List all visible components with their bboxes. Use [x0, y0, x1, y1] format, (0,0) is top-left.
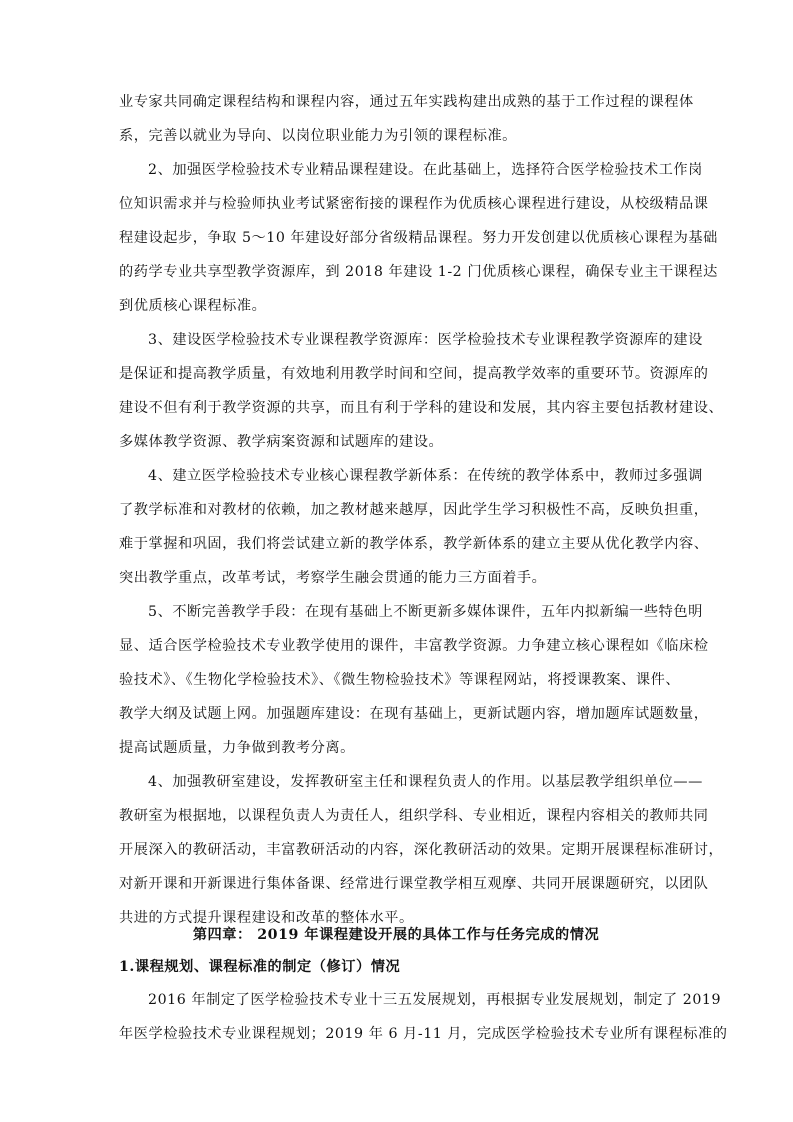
paragraph-line: 4、加强教研室建设，发挥教研室主任和课程负责人的作用。以基层教学组织单位——	[148, 772, 673, 792]
paragraph-line: 教学大纲及试题上网。加强题库建设：在现有基础上，更新试题内容，增加题库试题数量，	[119, 704, 673, 724]
paragraph-line: 突出教学重点，改革考试，考察学生融会贯通的能力三方面着手。	[119, 568, 673, 588]
paragraph-line: 验技术》、《生物化学检验技术》、《微生物检验技术》等课程网站，将授课教案、课件、	[119, 670, 673, 690]
paragraph-line: 2、加强医学检验技术专业精品课程建设。在此基础上，选择符合医学检验技术工作岗	[148, 160, 673, 180]
paragraph-line: 到优质核心课程标准。	[119, 296, 673, 316]
chapter-heading: 第四章： 2019 年课程建设开展的具体工作与任务完成的情况	[119, 925, 673, 945]
paragraph-line: 了教学标准和对教材的依赖，加之教材越来越厚，因此学生学习积极性不高，反映负担重，	[119, 500, 673, 520]
paragraph-line: 系，完善以就业为导向、以岗位职业能力为引领的课程标准。	[119, 126, 673, 146]
paragraph-line: 教研室为根据地，以课程负责人为责任人，组织学科、专业相近，课程内容相关的教师共同	[119, 806, 673, 826]
paragraph-line: 位知识需求并与检验师执业考试紧密衔接的课程作为优质核心课程进行建设，从校级精品课	[119, 194, 673, 214]
paragraph-line: 3、建设医学检验技术专业课程教学资源库：医学检验技术专业课程教学资源库的建设	[148, 330, 673, 350]
paragraph-line: 对新开课和开新课进行集体备课、经常进行课堂教学相互观摩、共同开展课题研究，以团队	[119, 874, 673, 894]
paragraph-line: 开展深入的教研活动，丰富教研活动的内容，深化教研活动的效果。定期开展课程标准研讨…	[119, 840, 673, 860]
paragraph-line: 业专家共同确定课程结构和课程内容，通过五年实践构建出成熟的基于工作过程的课程体	[119, 92, 673, 112]
paragraph-line: 5、不断完善教学手段：在现有基础上不断更新多媒体课件，五年内拟新编一些特色明	[148, 602, 673, 622]
paragraph-line: 难于掌握和巩固，我们将尝试建立新的教学体系，教学新体系的建立主要从优化教学内容、	[119, 534, 673, 554]
paragraph-line: 是保证和提高教学质量，有效地利用教学时间和空间，提高教学效率的重要环节。资源库的	[119, 364, 673, 384]
section-heading: 1.课程规划、课程标准的制定（修订）情况	[119, 957, 673, 977]
paragraph-line: 2016 年制定了医学检验技术专业十三五发展规划，再根据专业发展规划，制定了 2…	[148, 990, 673, 1010]
paragraph-line: 提高试题质量，力争做到教考分离。	[119, 738, 673, 758]
paragraph-line: 程建设起步，争取 5～10 年建设好部分省级精品课程。努力开发创建以优质核心课程…	[119, 228, 673, 248]
paragraph-line: 建设不但有利于教学资源的共享，而且有利于学科的建设和发展，其内容主要包括教材建设…	[119, 398, 673, 418]
paragraph-line: 的药学专业共享型教学资源库，到 2018 年建设 1-2 门优质核心课程，确保专…	[119, 262, 673, 282]
paragraph-line: 年医学检验技术专业课程规划；2019 年 6 月-11 月，完成医学检验技术专业…	[119, 1024, 673, 1044]
paragraph-line: 4、建立医学检验技术专业核心课程教学新体系：在传统的教学体系中，教师过多强调	[148, 466, 673, 486]
paragraph-line: 显、适合医学检验技术专业教学使用的课件，丰富教学资源。力争建立核心课程如《临床检	[119, 636, 673, 656]
paragraph-line: 多媒体教学资源、教学病案资源和试题库的建设。	[119, 432, 673, 452]
